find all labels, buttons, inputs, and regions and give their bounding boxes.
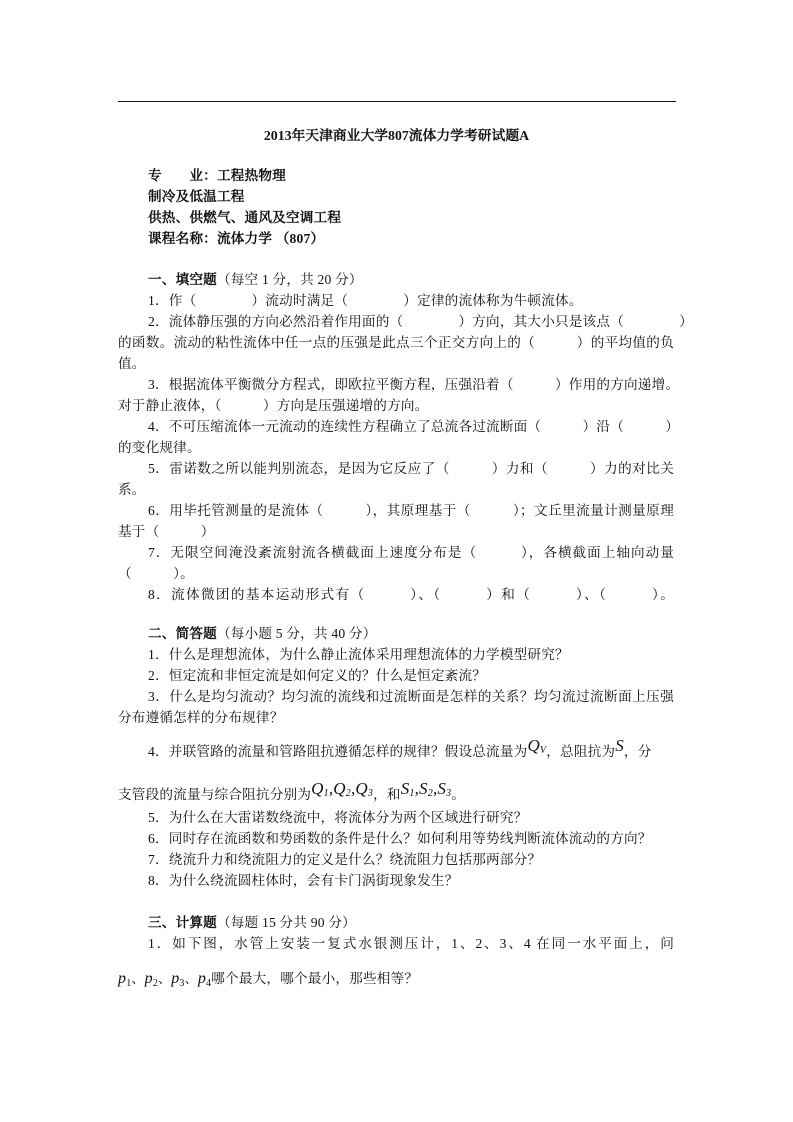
s2-q4a: 4．并联管路的流量和管路阻抗遵循怎样的规律？假设总流量为QV，总阻抗为S，分	[148, 742, 674, 765]
s1-line: 8．流体微团的基本运动形式有（ ）、（ ）和（ ）、（ ）。	[148, 586, 674, 604]
p-letter: p	[118, 970, 126, 987]
subscript: 3	[368, 788, 373, 799]
subscript: 3	[446, 788, 451, 799]
s2-q1: 1．什么是理想流体，为什么静止流体采用理想流体的力学模型研究？	[148, 646, 674, 664]
s1-line: 3．根据流体平衡微分方程式，即欧拉平衡方程，压强沿着（ ）作用的方向递增。	[148, 376, 674, 394]
q1b-post: 哪个最大，哪个最小，那些相等？	[211, 971, 418, 986]
v-subscript: V	[540, 745, 546, 756]
resistance-symbols-s123: S1,S2,S3	[401, 779, 452, 798]
section3-heading: 三、计算题（每题 15 分共 90 分）	[148, 914, 674, 932]
major-3: 供热、供燃气、通风及空调工程	[148, 209, 674, 227]
p-letter: p	[145, 970, 153, 987]
subscript: 2	[428, 788, 433, 799]
s3-q1a: 1．如下图，水管上安装一复式水银测压计，1、2、3、4 在同一水平面上，问	[148, 935, 674, 953]
top-rule	[118, 101, 676, 102]
q4b-pre: 支管段的流量与综合阻抗分别为	[118, 787, 311, 802]
section3-note: （每题 15 分共 90 分）	[217, 915, 356, 930]
exam-title: 2013年天津商业大学807流体力学考研试题A	[0, 127, 793, 145]
s3-q1b: p1、p2、p3、p4哪个最大，哪个最小，那些相等？	[118, 970, 674, 993]
major-label: 专 业：	[148, 168, 217, 183]
s2-q2: 2．恒定流和非恒定流是如何定义的？什么是恒定紊流？	[148, 667, 674, 685]
s-letter: S	[419, 779, 428, 798]
s2-q7: 7．绕流升力和绕流阻力的定义是什么？绕流阻力包括那两部分？	[148, 851, 674, 869]
p-letter: p	[198, 970, 206, 987]
separator: 、	[185, 971, 198, 986]
s2-q6: 6．同时存在流函数和势函数的条件是什么？如何利用等势线判断流体流动的方向？	[148, 830, 674, 848]
q-letter: Q	[311, 779, 323, 798]
s1-line: 系。	[118, 481, 674, 499]
s1-line: 1．作（ ）流动时满足（ ）定律的流体称为牛顿流体。	[148, 292, 674, 310]
q-letter: Q	[333, 779, 345, 798]
s1-line: 4．不可压缩流体一元流动的连续性方程确立了总流各过流断面（ ）沿（ ）	[148, 418, 674, 436]
major-line: 专 业：工程热物理	[148, 167, 674, 185]
subscript: 1	[409, 788, 414, 799]
section1-note: （每空 1 分，共 20 分）	[217, 272, 363, 287]
s1-line: 对于静止液体，（ ）方向是压强递增的方向。	[118, 397, 674, 415]
q-letter: Q	[527, 736, 539, 755]
s1-line: （ ）。	[118, 565, 674, 583]
section2-title: 二、简答题	[148, 626, 217, 641]
s1-line: 值。	[118, 355, 674, 373]
s2-q3b: 分布遵循怎样的分布规律？	[118, 709, 674, 727]
separator: 、	[131, 971, 144, 986]
s1-line: 7．无限空间淹没紊流射流各横截面上速度分布是（ ），各横截面上轴向动量	[148, 544, 674, 562]
subscript: 1	[324, 788, 329, 799]
course-name: 课程名称：流体力学 （807）	[148, 230, 674, 248]
section2-heading: 二、简答题（每小题 5 分，共 40 分）	[148, 625, 674, 643]
q4b-end: 。	[451, 787, 465, 802]
s-letter: S	[437, 779, 446, 798]
resistance-symbol-s: S	[615, 736, 624, 755]
section2-note: （每小题 5 分，共 40 分）	[217, 626, 377, 641]
s2-q4b: 支管段的流量与综合阻抗分别为Q1,Q2,Q3，和S1,S2,S3。	[118, 785, 674, 808]
s1-line: 的变化规律。	[118, 439, 674, 457]
major-2: 制冷及低温工程	[148, 188, 674, 206]
s2-q3a: 3．什么是均匀流动？均匀流的流线和过流断面是怎样的关系？均匀流过流断面上压强	[148, 688, 674, 706]
q-letter: Q	[355, 779, 367, 798]
s2-q5: 5．为什么在大雷诺数绕流中，将流体分为两个区域进行研究？	[148, 809, 674, 827]
s1-line: 基于（ ）	[118, 523, 674, 541]
s1-line: 2．流体静压强的方向必然沿着作用面的（ ）方向，其大小只是该点（ ）	[148, 313, 674, 331]
section1-title: 一、填空题	[148, 272, 217, 287]
major-1: 工程热物理	[217, 168, 286, 183]
separator: 、	[158, 971, 171, 986]
s1-line: 5．雷诺数之所以能判别流态，是因为它反应了（ ）力和（ ）力的对比关	[148, 460, 674, 478]
section3-title: 三、计算题	[148, 915, 217, 930]
flow-symbol-qv: QV	[527, 736, 546, 755]
q4a-pre: 4．并联管路的流量和管路阻抗遵循怎样的规律？假设总流量为	[148, 744, 527, 759]
s1-line: 的函数。流动的粘性流体中任一点的压强是此点三个正交方向上的（ ）的平均值的负	[118, 334, 674, 352]
q4b-and: ，和	[373, 787, 401, 802]
subscript: 2	[346, 788, 351, 799]
q4a-post: ，分	[624, 744, 652, 759]
section1-heading: 一、填空题（每空 1 分，共 20 分）	[148, 271, 674, 289]
q4a-mid: ，总阻抗为	[546, 744, 615, 759]
pressure-symbols: p1、p2、p3、p4	[118, 970, 211, 987]
s2-q8: 8．为什么绕流圆柱体时，会有卡门涡街现象发生？	[148, 872, 674, 890]
flow-symbols-q123: Q1,Q2,Q3	[311, 779, 373, 798]
s1-line: 6．用毕托管测量的是流体（ ），其原理基于（ ）；文丘里流量计测量原理	[148, 502, 674, 520]
